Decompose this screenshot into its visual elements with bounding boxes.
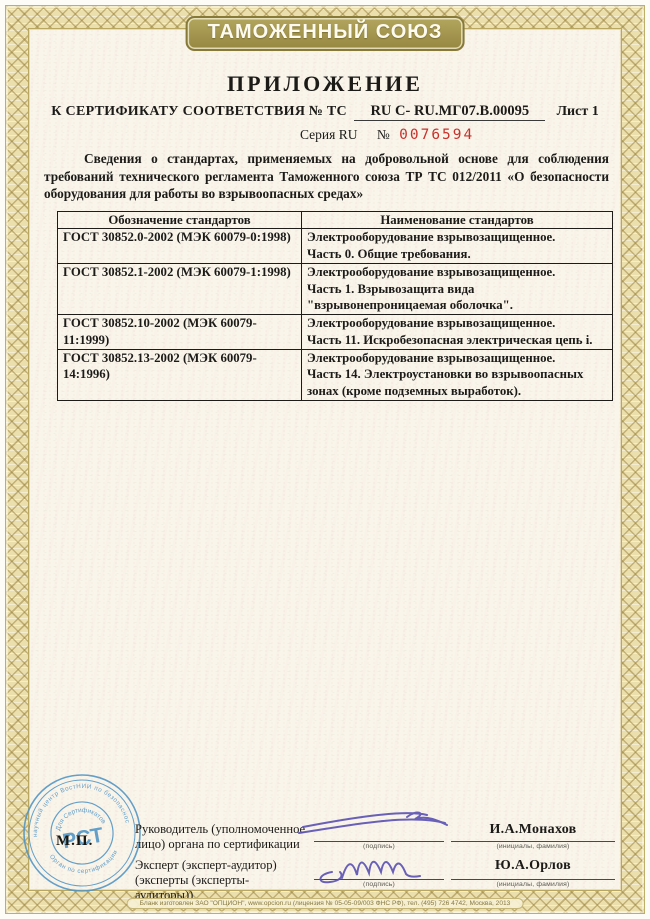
series-number-sign: № <box>377 127 390 142</box>
certificate-label: К СЕРТИФИКАТУ СООТВЕТСТВИЯ <box>51 104 305 119</box>
standard-designation: ГОСТ 30852.13-2002 (МЭК 60079-14:1996) <box>58 350 302 401</box>
signature-row-head: Руководитель (уполномоченное лицо) орган… <box>135 822 615 852</box>
table-row: ГОСТ 30852.1-2002 (МЭК 60079-1:1998) Эле… <box>58 264 613 315</box>
standard-name: Электрооборудование взрывозащищенное. Ча… <box>302 229 613 264</box>
column-header-name: Наименование стандартов <box>302 212 613 229</box>
standard-designation: ГОСТ 30852.10-2002 (МЭК 60079-11:1999) <box>58 315 302 350</box>
table-row: ГОСТ 30852.13-2002 (МЭК 60079-14:1996) Э… <box>58 350 613 401</box>
signature-caption: (подпись) <box>314 843 444 850</box>
signature-rule <box>314 858 444 880</box>
series-number: 0076594 <box>399 127 474 143</box>
table-row: ГОСТ 30852.0-2002 (МЭК 60079-0:1998) Эле… <box>58 229 613 264</box>
signatory-name: Ю.А.Орлов <box>451 858 615 880</box>
seal-place-label: М.П. <box>56 833 93 850</box>
certificate-number-line: К СЕРТИФИКАТУ СООТВЕТСТВИЯ № ТС RU C- RU… <box>0 103 650 120</box>
signatory-name-field: Ю.А.Орлов (инициалы, фамилия) <box>451 858 615 903</box>
signature-caption: (подпись) <box>314 881 444 888</box>
standard-name: Электрооборудование взрывозащищенное. Ча… <box>302 264 613 315</box>
signature-field: (подпись) <box>314 822 444 852</box>
name-caption: (инициалы, фамилия) <box>451 881 615 888</box>
page-title: ПРИЛОЖЕНИЕ <box>0 71 650 97</box>
signatory-name-field: И.А.Монахов (инициалы, фамилия) <box>451 822 615 852</box>
standard-name: Электрооборудование взрывозащищенное. Ча… <box>302 315 613 350</box>
column-header-designation: Обозначение стандартов <box>58 212 302 229</box>
signature-field: (подпись) <box>314 858 444 903</box>
certificate-number: RU C- RU.МГ07.В.00095 <box>354 103 545 121</box>
standard-name: Электрооборудование взрывозащищенное. Ча… <box>302 350 613 401</box>
table-header-row: Обозначение стандартов Наименование стан… <box>58 212 613 229</box>
standard-designation: ГОСТ 30852.1-2002 (МЭК 60079-1:1998) <box>58 264 302 315</box>
badge-label: ТАМОЖЕННЫЙ СОЮЗ <box>208 21 443 43</box>
signature-row-expert: Эксперт (эксперт-аудитор) (эксперты (экс… <box>135 858 615 903</box>
customs-union-badge: ТАМОЖЕННЫЙ СОЮЗ <box>186 16 465 51</box>
series-line: Серия RU № 0076594 <box>300 127 474 143</box>
table-row: ГОСТ 30852.10-2002 (МЭК 60079-11:1999) Э… <box>58 315 613 350</box>
sheet-number: Лист 1 <box>557 104 599 119</box>
certificate-appendix-page: ТАМОЖЕННЫЙ СОЮЗ ПРИЛОЖЕНИЕ К СЕРТИФИКАТУ… <box>0 0 650 919</box>
signatory-name: И.А.Монахов <box>451 822 615 842</box>
series-label: Серия RU <box>300 127 357 142</box>
signatory-role: Эксперт (эксперт-аудитор) (эксперты (экс… <box>135 858 307 903</box>
signatory-role: Руководитель (уполномоченное лицо) орган… <box>135 822 307 852</box>
signature-rule <box>314 822 444 842</box>
standard-designation: ГОСТ 30852.0-2002 (МЭК 60079-0:1998) <box>58 229 302 264</box>
name-caption: (инициалы, фамилия) <box>451 843 615 850</box>
certificate-number-sign: № ТС <box>309 104 347 119</box>
form-maker-footer: Бланк изготовлен ЗАО "ОПЦИОН", www.opcio… <box>127 898 524 909</box>
standards-table: Обозначение стандартов Наименование стан… <box>57 211 613 401</box>
intro-paragraph: Сведения о стандартах, применяемых на до… <box>44 150 609 203</box>
